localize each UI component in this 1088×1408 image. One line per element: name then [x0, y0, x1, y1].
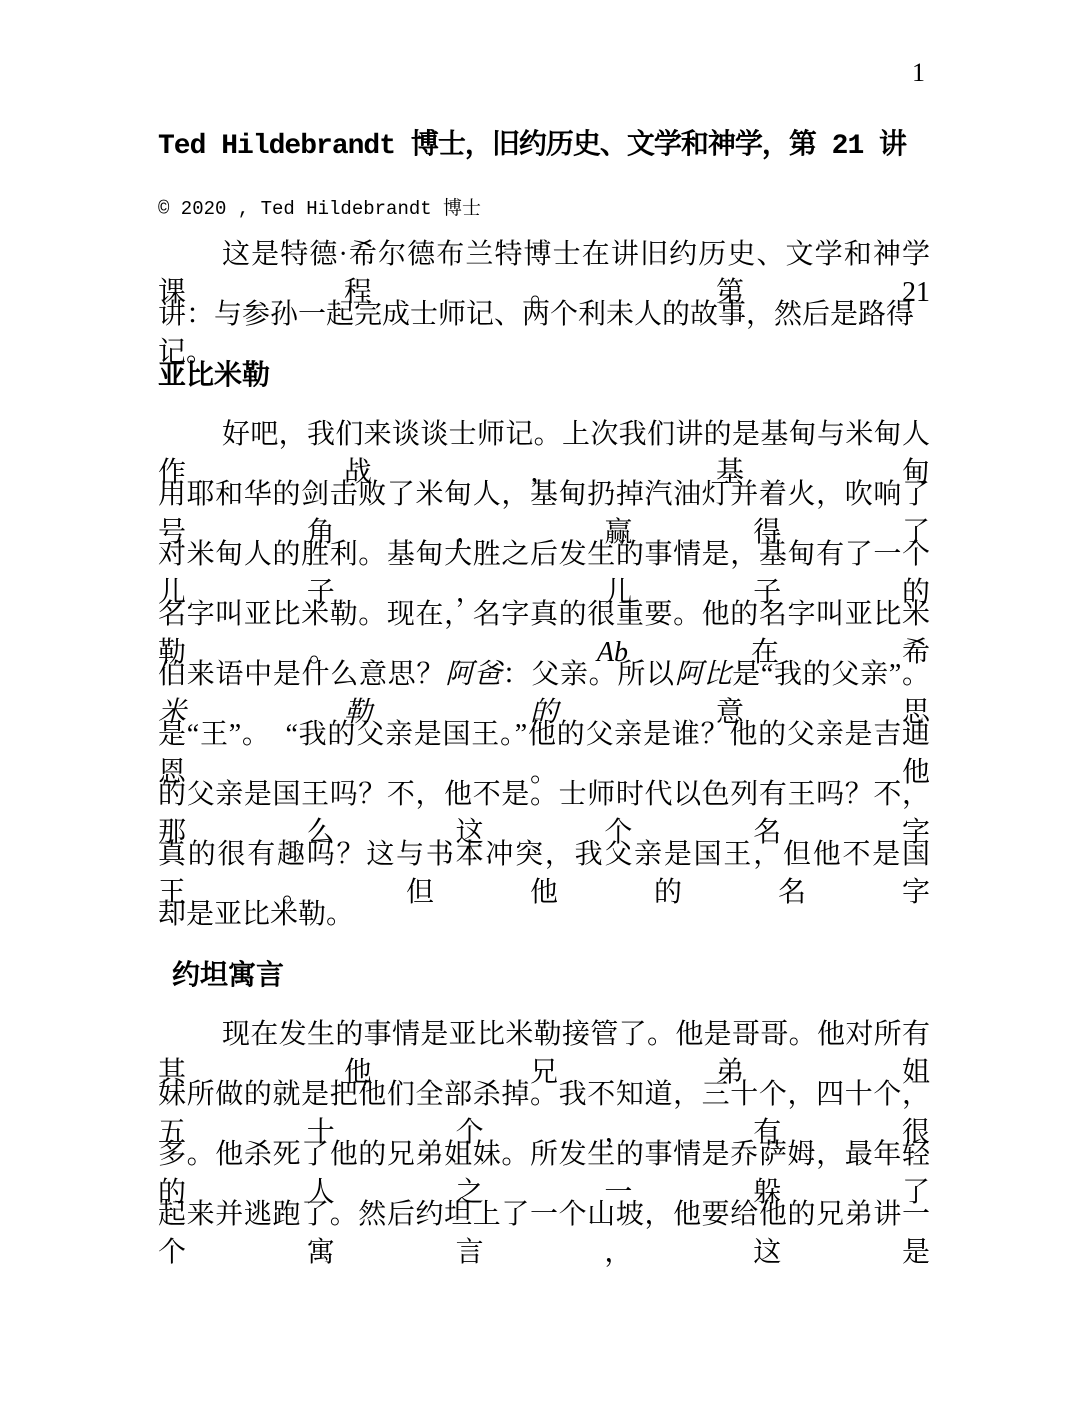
text-line: 的父亲是国王吗？不，他不是。士师时代以色列有王吗？不，那么这个名字 [158, 776, 930, 836]
text-line: 妹所做的就是把他们全部杀掉。我不知道，三十个，四十个，五十个，有很 [158, 1076, 930, 1136]
page-number: 1 [912, 58, 925, 88]
text-line: 名字叫亚比米勒。现在，名字真的很重要。他的名字叫亚比米勒。 Ab在希 [158, 596, 930, 656]
text-line: 起来并逃跑了。然后约坦上了一个山坡，他要给他的兄弟讲一个寓言，这是 [158, 1196, 930, 1256]
document-body: 这是特德·希尔德布兰特博士在讲旧约历史、文学和神学课程。第21讲：与参孙一起完成… [158, 236, 930, 1256]
text-line: 对米甸人的胜利。基甸大胜之后发生的事情是，基甸有了一个儿子，儿子的 [158, 536, 930, 596]
text-run: 起来并逃跑了。然后约坦上了一个山坡，他要给他的兄弟讲一个寓言，这是 [158, 1199, 930, 1268]
text-run: 伯来语中是什么意思？ [158, 659, 445, 690]
text-line: 好吧，我们来谈谈士师记。上次我们讲的是基甸与米甸人作战，基甸 [158, 416, 930, 476]
text-run: 却是亚比米勒。 [158, 899, 354, 930]
document-content: Ted Hildebrandt 博士，旧约历史、文学和神学，第 21 讲 © 2… [158, 130, 930, 1256]
text-run: 是“我的父亲”。 [732, 659, 930, 690]
italic-term: 阿爸 [445, 659, 502, 690]
text-line: 这是特德·希尔德布兰特博士在讲旧约历史、文学和神学课程。第21 [158, 236, 930, 296]
text-line: 多。他杀死了他的兄弟姐妹。所发生的事情是乔萨姆，最年轻的人之一躲了 [158, 1136, 930, 1196]
text-line: 伯来语中是什么意思？阿爸：父亲。所以阿比是“我的父亲”。米勒的意思 [158, 656, 930, 716]
document-title: Ted Hildebrandt 博士，旧约历史、文学和神学，第 21 讲 [158, 130, 930, 196]
text-run: ：父亲。所以 [503, 659, 675, 690]
text-line: 讲：与参孙一起完成士师记、两个利未人的故事，然后是路得记。 [158, 296, 930, 356]
copyright-line: © 2020 , Ted Hildebrandt 博士 [158, 196, 930, 236]
text-line: 现在发生的事情是亚比米勒接管了。他是哥哥。他对所有其他兄弟姐 [158, 1016, 930, 1076]
section-heading: 约坦寓言 [158, 956, 930, 1016]
italic-term: 阿比 [675, 659, 732, 690]
section-heading: 亚比米勒 [158, 356, 930, 416]
document-page: 1 Ted Hildebrandt 博士，旧约历史、文学和神学，第 21 讲 ©… [0, 0, 1088, 1408]
text-line: 是“王”。 “我的父亲是国王。”他的父亲是谁？他的父亲是吉迪恩。他 [158, 716, 930, 776]
text-line: 真的很有趣吗？这与书本冲突，我父亲是国王，但他不是国王。但他的名字 [158, 836, 930, 896]
text-line: 用耶和华的剑击败了米甸人，基甸扔掉汽油灯并着火，吹响了号角，赢得了 [158, 476, 930, 536]
